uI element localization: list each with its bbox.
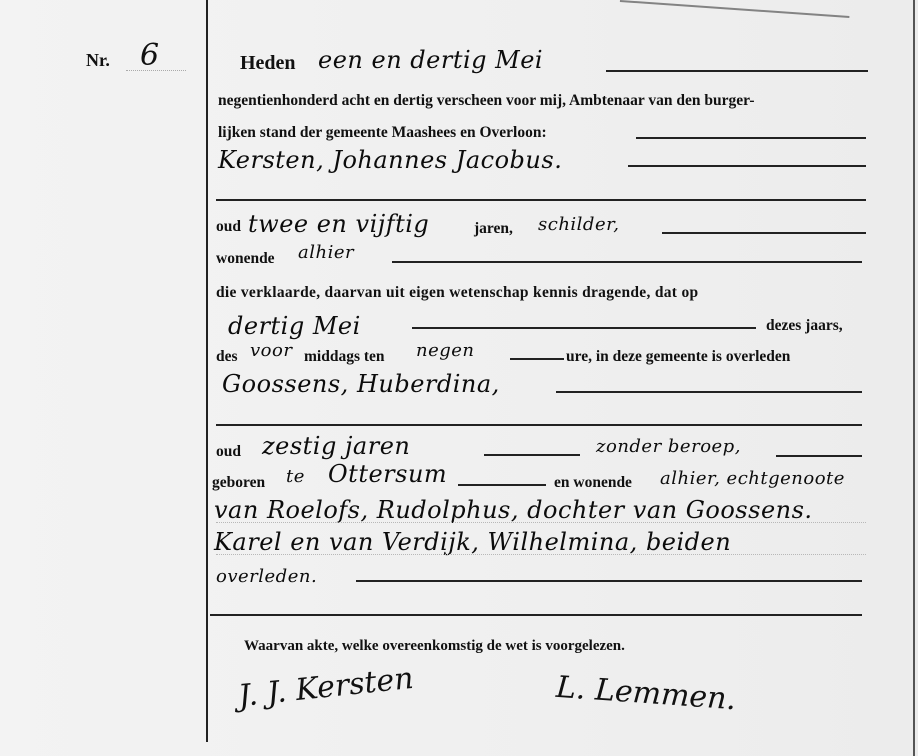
page-edge-rule <box>913 0 915 756</box>
pen-stroke <box>620 0 850 18</box>
death-record-page: Nr. 6 Heden een en dertig Mei negentienh… <box>0 0 918 756</box>
closing-rule <box>210 614 862 616</box>
fill-line <box>484 454 580 456</box>
date-of-death: dertig Mei <box>228 312 361 340</box>
jaren-label: jaren, <box>474 220 513 238</box>
municipality-text: lijken stand der gemeente Maashees en Ov… <box>218 124 547 142</box>
record-number: 6 <box>140 38 159 73</box>
fill-line <box>776 455 862 457</box>
dotted-line <box>216 554 866 555</box>
fill-line <box>510 358 564 360</box>
closing-statement: Waarvan akte, welke overeenkomstig de we… <box>244 638 625 655</box>
signature-declarant: J. J. Kersten <box>237 661 415 714</box>
record-number-label: Nr. <box>86 50 110 71</box>
fill-line <box>412 327 756 329</box>
birth-place: Ottersum <box>328 460 447 488</box>
fill-line <box>216 199 866 201</box>
dotted-line <box>216 522 866 523</box>
fill-line <box>458 484 546 486</box>
parents-deceased: overleden. <box>216 566 317 587</box>
parents-continued: Karel en van Verdijk, Wilhelmina, beiden <box>214 528 731 556</box>
fill-line <box>556 391 862 393</box>
fill-line <box>628 165 866 167</box>
deceased-residence-spouse: alhier, echtgenoote <box>660 468 845 489</box>
date-of-record: een en dertig Mei <box>318 46 543 74</box>
fill-line <box>216 424 862 426</box>
spouse-and-parents: van Roelofs, Rudolphus, dochter van Goos… <box>214 496 813 524</box>
middags-label: middags ten <box>304 348 385 366</box>
des-label: des <box>216 348 238 366</box>
wonende-label: wonende <box>216 250 275 268</box>
oud-label: oud <box>216 218 241 236</box>
oud-label-2: oud <box>216 443 241 461</box>
record-number-dots <box>126 70 186 71</box>
fill-line <box>636 137 866 139</box>
geboren-label: geboren <box>212 474 265 492</box>
deceased-name: Goossens, Huberdina, <box>222 370 500 398</box>
dezes-jaars-label: dezes jaars, <box>766 317 843 335</box>
declarant-occupation: schilder, <box>538 214 619 235</box>
margin-rule <box>206 0 208 742</box>
en-wonende-label: en wonende <box>554 474 632 492</box>
fill-line <box>606 70 868 72</box>
birth-te: te <box>286 466 305 487</box>
declarant-age: twee en vijftig <box>248 210 429 238</box>
year-text: negentienhonderd acht en dertig verschee… <box>218 92 755 110</box>
declarant-name: Kersten, Johannes Jacobus. <box>218 146 562 174</box>
heden-label: Heden <box>240 52 296 75</box>
hour-of-death: negen <box>416 340 475 361</box>
signature-official: L. Lemmen. <box>555 670 737 717</box>
overleden-text: ure, in deze gemeente is overleden <box>566 348 790 366</box>
fill-line <box>662 232 866 234</box>
time-of-day: voor <box>250 340 292 361</box>
fill-line <box>392 261 862 263</box>
deceased-age: zestig jaren <box>262 432 410 460</box>
deceased-occupation: zonder beroep, <box>596 436 741 457</box>
fill-line <box>356 580 862 582</box>
declarant-residence: alhier <box>298 242 354 263</box>
declaration-text: die verklaarde, daarvan uit eigen wetens… <box>216 284 698 302</box>
